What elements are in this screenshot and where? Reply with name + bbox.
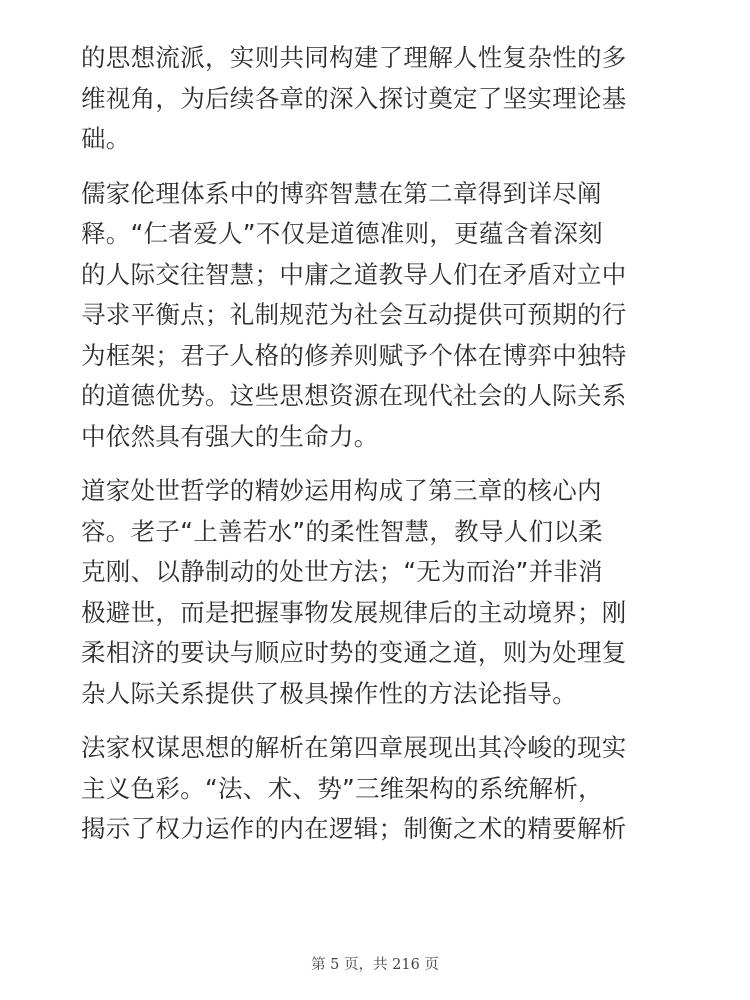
text-line: 容。老子“上善若水”的柔性智慧，教导人们以柔 xyxy=(81,512,681,553)
text-line: 释。“仁者爱人”不仅是道德准则，更蕴含着深刻 xyxy=(81,214,681,255)
paragraph-1: 的思想流派，实则共同构建了理解人性复杂性的多 维视角，为后续各章的深入探讨奠定了… xyxy=(81,38,681,160)
document-body: 的思想流派，实则共同构建了理解人性复杂性的多 维视角，为后续各章的深入探讨奠定了… xyxy=(81,38,681,864)
text-line: 的道德优势。这些思想资源在现代社会的人际关系 xyxy=(81,376,681,417)
text-line: 维视角，为后续各章的深入探讨奠定了坚实理论基 xyxy=(81,79,681,120)
text-line: 础。 xyxy=(81,119,681,160)
text-line: 的思想流派，实则共同构建了理解人性复杂性的多 xyxy=(81,38,681,79)
text-line: 极避世，而是把握事物发展规律后的主动境界；刚 xyxy=(81,593,681,634)
paragraph-3: 道家处世哲学的精妙运用构成了第三章的核心内 容。老子“上善若水”的柔性智慧，教导… xyxy=(81,471,681,714)
text-line: 寻求平衡点；礼制规范为社会互动提供可预期的行 xyxy=(81,295,681,336)
text-line: 为框架；君子人格的修养则赋予个体在博弈中独特 xyxy=(81,336,681,377)
text-line: 中依然具有强大的生命力。 xyxy=(81,417,681,458)
text-line: 克刚、以静制动的处世方法；“无为而治”并非消 xyxy=(81,552,681,593)
text-line: 揭示了权力运作的内在逻辑；制衡之术的精要解析 xyxy=(81,809,681,850)
text-line: 的人际交往智慧；中庸之道教导人们在矛盾对立中 xyxy=(81,255,681,296)
text-line: 杂人际关系提供了极具操作性的方法论指导。 xyxy=(81,674,681,715)
text-line: 道家处世哲学的精妙运用构成了第三章的核心内 xyxy=(81,471,681,512)
text-line: 法家权谋思想的解析在第四章展现出其冷峻的现实 xyxy=(81,728,681,769)
paragraph-4: 法家权谋思想的解析在第四章展现出其冷峻的现实 主义色彩。“法、术、势”三维架构的… xyxy=(81,728,681,850)
text-line: 儒家伦理体系中的博弈智慧在第二章得到详尽阐 xyxy=(81,174,681,215)
text-line: 柔相济的要诀与顺应时势的变通之道，则为处理复 xyxy=(81,633,681,674)
paragraph-2: 儒家伦理体系中的博弈智慧在第二章得到详尽阐 释。“仁者爱人”不仅是道德准则，更蕴… xyxy=(81,174,681,458)
text-line: 主义色彩。“法、术、势”三维架构的系统解析， xyxy=(81,769,681,810)
page-indicator: 第 5 页，共 216 页 xyxy=(0,953,750,974)
